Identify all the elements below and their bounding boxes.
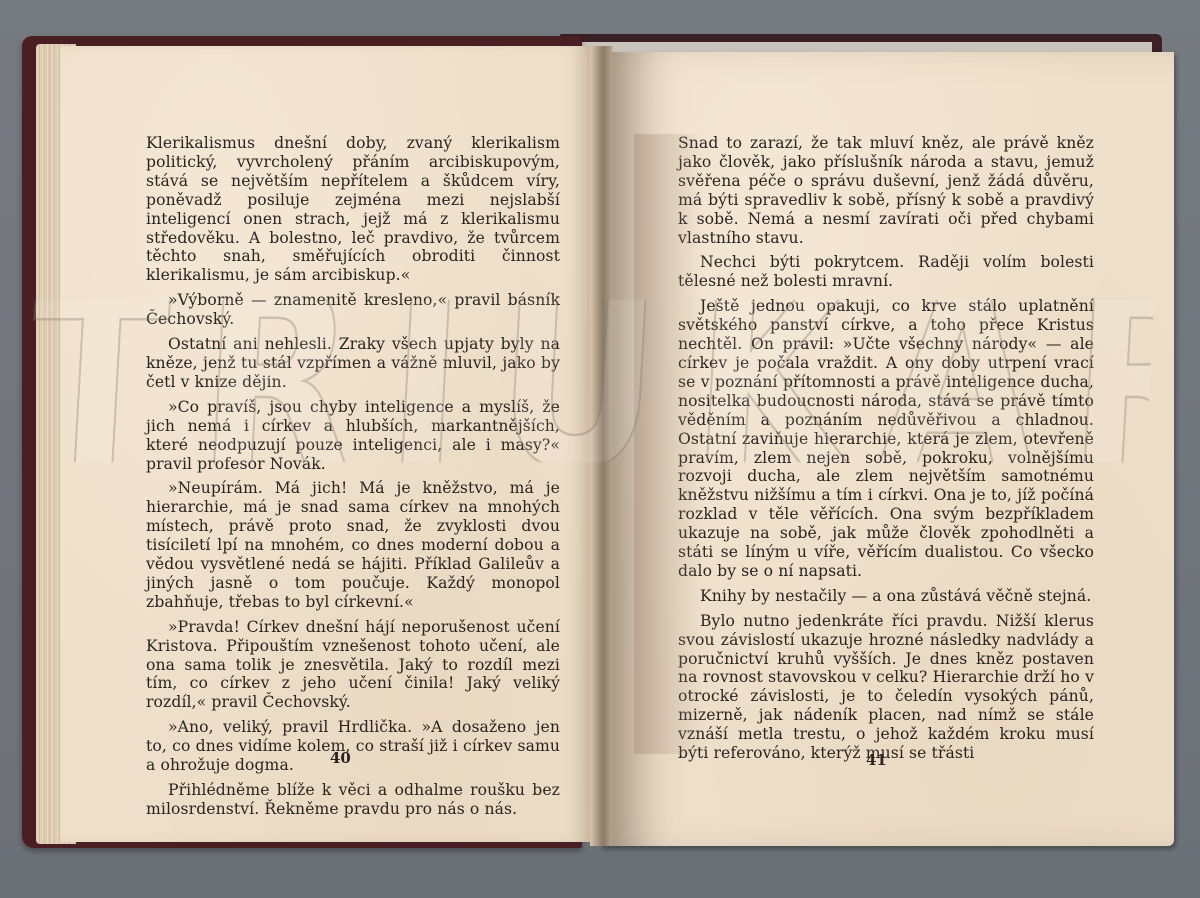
book-cover-top-edge — [560, 34, 1162, 54]
paragraph: Nechci býti pokrytcem. Raději volím bole… — [678, 253, 1094, 291]
paragraph: Ještě jednou opakuji, co krve stálo upla… — [678, 297, 1094, 581]
paragraph: »Co pravíš, jsou chyby inteligence a mys… — [146, 398, 560, 474]
paragraph: Klerikalismus dnešní doby, zvaný klerika… — [146, 134, 560, 285]
left-page-text: Klerikalismus dnešní doby, zvaný klerika… — [146, 134, 560, 825]
page-number-right: 41 — [866, 751, 887, 769]
paragraph: »Pravda! Církev dnešní hájí neporušenost… — [146, 618, 560, 713]
paragraph: »Ano, veliký, pravil Hrdlička. »A dosaže… — [146, 718, 560, 775]
paragraph: »Výborně — znamenitě kresleno,« pravil b… — [146, 291, 560, 329]
paragraph: Knihy by nestačily — a ona zůstává věčně… — [678, 587, 1094, 606]
right-page-text: Snad to zarazí, že tak mluví kněz, ale p… — [678, 134, 1094, 769]
book-gutter — [590, 46, 612, 846]
page-number-left: 40 — [330, 749, 351, 767]
paragraph: Ostatní ani nehlesli. Zraky všech upjaty… — [146, 335, 560, 392]
paragraph: Snad to zarazí, že tak mluví kněz, ale p… — [678, 134, 1094, 247]
paragraph: Přihlédněme blíže k věci a odhalme roušk… — [146, 781, 560, 819]
paragraph: »Neupírám. Má jich! Má je kněžstvo, má j… — [146, 479, 560, 611]
paragraph: Bylo nutno jedenkráte říci pravdu. Nižší… — [678, 612, 1094, 763]
